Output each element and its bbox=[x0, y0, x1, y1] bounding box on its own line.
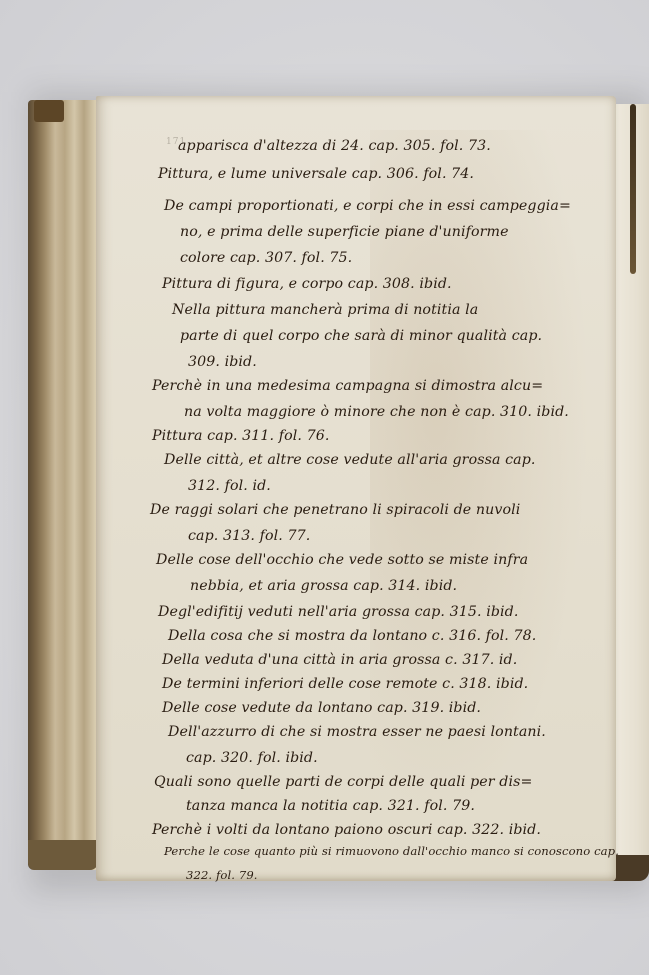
index-entry-line: Delle cose vedute da lontano cap. 319. i… bbox=[162, 700, 481, 716]
index-entry-line: Perchè i volti da lontano paiono oscuri … bbox=[152, 822, 541, 838]
index-entry-line: De raggi solari che penetrano li spiraco… bbox=[150, 502, 520, 518]
index-entry-line: Quali sono quelle parti de corpi delle q… bbox=[154, 774, 532, 790]
index-entry-line: Degl'edifitij veduti nell'aria grossa ca… bbox=[158, 604, 518, 620]
book-binding-bottom-corner bbox=[28, 840, 98, 870]
index-entry-line: 312. fol. id. bbox=[188, 478, 271, 494]
index-entry-line: Delle cose dell'occhio che vede sotto se… bbox=[156, 552, 528, 568]
index-entry-line: no, e prima delle superficie piane d'uni… bbox=[180, 224, 509, 240]
index-entry-line: na volta maggiore ò minore che non è cap… bbox=[184, 404, 569, 420]
index-entry-line: Delle città, et altre cose vedute all'ar… bbox=[164, 452, 536, 468]
index-entry-line: Pittura, e lume universale cap. 306. fol… bbox=[158, 166, 474, 182]
index-entry-line: cap. 313. fol. 77. bbox=[188, 528, 310, 544]
index-entry-line: tanza manca la notitia cap. 321. fol. 79… bbox=[186, 798, 475, 814]
index-entry-line: nebbia, et aria grossa cap. 314. ibid. bbox=[190, 578, 457, 594]
index-entry-line: Dell'azzurro di che si mostra esser ne p… bbox=[168, 724, 546, 740]
index-entry-line: Pittura cap. 311. fol. 76. bbox=[152, 428, 330, 444]
index-entry-line: De campi proportionati, e corpi che in e… bbox=[164, 198, 571, 214]
index-entry-line: Della cosa che si mostra da lontano c. 3… bbox=[168, 628, 536, 644]
index-entry-line: 322. fol. 79. bbox=[186, 868, 258, 882]
index-entry-line: colore cap. 307. fol. 75. bbox=[180, 250, 352, 266]
index-entry-line: Perche le cose quanto più si rimuovono d… bbox=[164, 844, 619, 858]
index-entry-line: Nella pittura mancherà prima di notitia … bbox=[172, 302, 478, 318]
index-entry-line: cap. 320. fol. ibid. bbox=[186, 750, 318, 766]
index-entry-line: Pittura di figura, e corpo cap. 308. ibi… bbox=[162, 276, 452, 292]
index-entry-line: De termini inferiori delle cose remote c… bbox=[162, 676, 528, 692]
index-entry-line: Perchè in una medesima campagna si dimos… bbox=[152, 378, 543, 394]
book-binding-top-corner bbox=[34, 100, 64, 122]
index-entry-line: parte di quel corpo che sarà di minor qu… bbox=[180, 328, 542, 344]
index-entry-line: Della veduta d'una città in aria grossa … bbox=[162, 652, 517, 668]
index-entry-line: apparisca d'altezza di 24. cap. 305. fol… bbox=[178, 138, 491, 154]
index-entry-line: 309. ibid. bbox=[188, 354, 257, 370]
binding-spine-edge bbox=[630, 104, 636, 274]
